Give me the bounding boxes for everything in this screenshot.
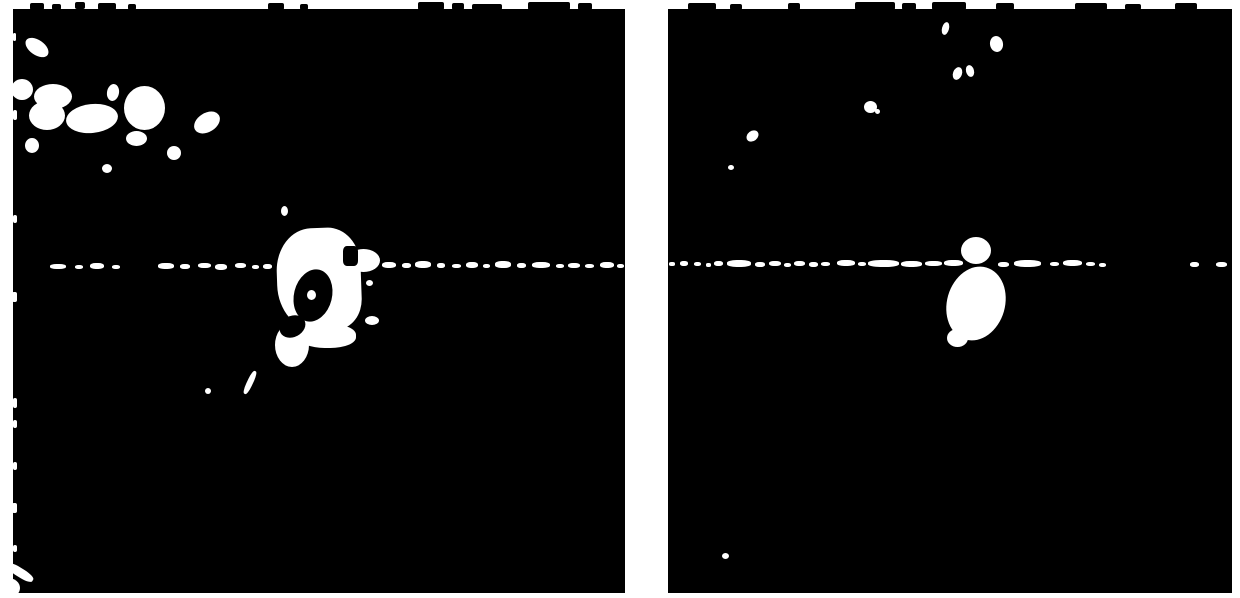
edge-notch [13, 420, 17, 428]
blob [167, 146, 181, 160]
scanline-dash [794, 261, 805, 266]
film-edge-tick [30, 3, 44, 10]
edge-notch [13, 33, 16, 41]
scanline-dash [727, 260, 751, 267]
speck [365, 316, 379, 325]
scanline-dash [235, 263, 246, 268]
scanline-dash [382, 262, 396, 268]
edge-notch [13, 215, 17, 223]
scanline-dash [437, 263, 445, 268]
film-edge-tick [75, 2, 85, 9]
scanline-dash [75, 265, 83, 269]
speck [366, 280, 373, 286]
scanline-dash [452, 264, 461, 268]
film-edge-tick [528, 2, 570, 10]
scanline-dash [1086, 262, 1095, 266]
scanline-dash [821, 262, 830, 266]
film-edge-tick [128, 4, 136, 10]
edge-notch [12, 503, 17, 513]
edge-notch [13, 462, 17, 470]
scanline-dash [769, 261, 781, 266]
scanline-dash [483, 264, 490, 268]
edge-notch [12, 292, 17, 302]
film-edge-tick [268, 3, 284, 10]
scanline-dash [694, 262, 701, 266]
scanline-dash [1216, 262, 1227, 267]
corner-cut [0, 578, 20, 598]
blob [11, 79, 33, 100]
film-edge-tick [902, 3, 916, 10]
edge-notch [13, 110, 17, 120]
speck [875, 109, 880, 114]
speck [205, 388, 211, 394]
scanline-dash [415, 261, 431, 268]
film-edge-tick [472, 4, 502, 10]
scanline-dash [868, 260, 899, 267]
speck [281, 206, 288, 216]
film-edge-tick [788, 3, 800, 10]
scanline-dash [158, 263, 174, 269]
blob-notch [343, 246, 358, 266]
scanline-dash [600, 262, 614, 268]
scanline-dash [198, 263, 211, 268]
film-edge-tick [855, 2, 895, 10]
film-edge-tick [578, 3, 592, 10]
scanline-dash [252, 265, 259, 269]
film-edge-tick [688, 3, 716, 10]
scanline-dash [402, 263, 411, 268]
film-edge-tick [98, 3, 116, 10]
scanline-dash [112, 265, 120, 269]
scanline-dash [680, 261, 688, 266]
scanline-dash [50, 264, 66, 269]
two-panel-binary-micrograph-figure [0, 0, 1240, 598]
film-edge-tick [730, 4, 742, 10]
blob [102, 164, 112, 173]
scanline-dash [714, 261, 723, 266]
scanline-dash [1063, 260, 1082, 266]
right-blob-tail [947, 329, 968, 347]
film-edge-tick [932, 2, 966, 10]
speck [728, 165, 734, 170]
scanline-dash [1014, 260, 1041, 267]
scanline-dash [669, 262, 675, 266]
scanline-dash [532, 262, 550, 268]
scanline-dash [755, 262, 765, 267]
film-edge-tick [418, 2, 444, 10]
scanline-dash [517, 263, 526, 268]
blob [29, 101, 65, 130]
scanline-dash [901, 261, 922, 267]
scanline-dash [1099, 263, 1106, 267]
scanline-dash [706, 263, 711, 267]
scanline-dash [1190, 262, 1199, 267]
scanline-dash [568, 263, 580, 268]
scanline-dash [784, 263, 791, 267]
film-edge-tick [52, 4, 61, 10]
scanline-dash [998, 262, 1009, 267]
speck [722, 553, 729, 559]
film-edge-tick [1125, 4, 1141, 10]
blob [25, 138, 39, 153]
scanline-dash [617, 264, 624, 268]
film-edge-tick [996, 3, 1014, 10]
scanline-dash [215, 264, 227, 270]
film-edge-tick [1075, 3, 1107, 10]
blob [124, 86, 165, 130]
blob [126, 131, 147, 146]
blob-core-dot [307, 290, 316, 300]
right-blob-head [961, 237, 991, 264]
scanline-dash [585, 264, 594, 268]
edge-notch [13, 545, 17, 552]
scanline-dash [944, 260, 963, 266]
scanline-dash [466, 262, 478, 268]
scanline-dash [925, 261, 942, 266]
scanline-dash [263, 264, 272, 269]
scanline-dash [837, 260, 855, 266]
film-edge-tick [1175, 3, 1197, 10]
scanline-dash [858, 262, 866, 266]
scanline-dash [809, 262, 818, 267]
scanline-dash [1050, 262, 1059, 266]
scanline-dash [180, 264, 190, 269]
scanline-dash [90, 263, 104, 269]
scanline-dash [556, 264, 564, 268]
edge-notch [13, 398, 17, 408]
scanline-dash [495, 261, 511, 268]
film-edge-tick [452, 3, 464, 10]
film-edge-tick [300, 4, 308, 10]
